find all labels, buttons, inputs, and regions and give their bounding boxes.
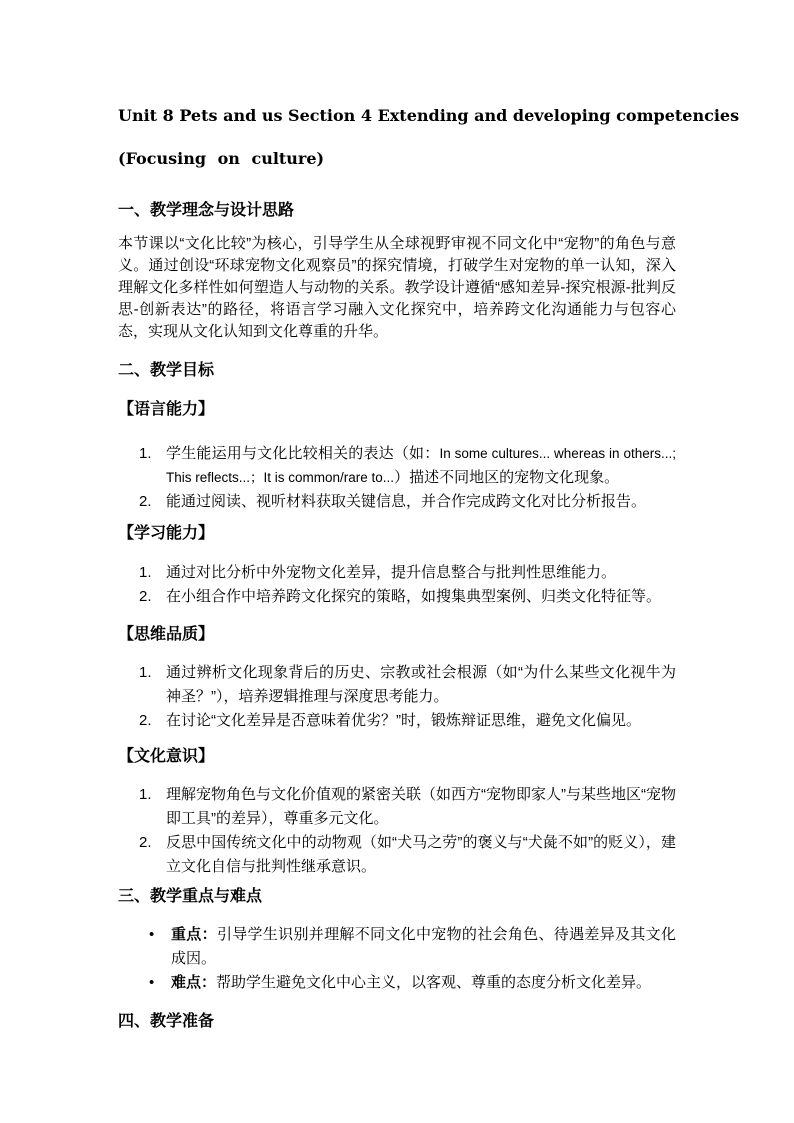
- subsection-cultural-awareness: 【文化意识】 1. 理解宠物角色与文化价值观的紧密关联（如西方“宠物即家人”与某…: [118, 746, 676, 879]
- section-2-heading: 二、教学目标: [118, 360, 676, 381]
- list-item: 2. 能通过阅读、视听材料获取关键信息，并合作完成跨文化对比分析报告。: [118, 490, 676, 514]
- bullet-text: 难点：帮助学生避免文化中心主义，以客观、尊重的态度分析文化差异。: [171, 971, 676, 995]
- list-item-number: 1.: [139, 783, 166, 831]
- list-item-number: 1.: [139, 561, 166, 585]
- list-item-text: 学生能运用与文化比较相关的表达（如：In some cultures... wh…: [166, 442, 676, 490]
- bullet-item: • 难点：帮助学生避免文化中心主义，以客观、尊重的态度分析文化差异。: [118, 971, 676, 995]
- list-item-text: 能通过阅读、视听材料获取关键信息，并合作完成跨文化对比分析报告。: [166, 490, 676, 514]
- learning-ability-heading: 【学习能力】: [118, 523, 676, 544]
- list-item-number: 1.: [139, 661, 166, 709]
- list-item-number: 2.: [139, 490, 166, 514]
- list-item-number: 1.: [139, 442, 166, 490]
- list-item-number: 2.: [139, 831, 166, 879]
- list-item: 1. 通过对比分析中外宠物文化差异，提升信息整合与批判性思维能力。: [118, 561, 676, 585]
- section-1-heading: 一、教学理念与设计思路: [118, 200, 676, 221]
- bullet-icon: •: [149, 923, 171, 971]
- list-item: 1. 理解宠物角色与文化价值观的紧密关联（如西方“宠物即家人”与某些地区“宠物即…: [118, 783, 676, 831]
- list-item-text: 在讨论“文化差异是否意味着优劣？”时，锻炼辩证思维，避免文化偏见。: [166, 709, 676, 733]
- subsection-learning-ability: 【学习能力】 1. 通过对比分析中外宠物文化差异，提升信息整合与批判性思维能力。…: [118, 523, 676, 609]
- list-item-text: 通过对比分析中外宠物文化差异，提升信息整合与批判性思维能力。: [166, 561, 676, 585]
- cultural-awareness-list: 1. 理解宠物角色与文化价值观的紧密关联（如西方“宠物即家人”与某些地区“宠物即…: [118, 783, 676, 879]
- list-item-text-zh-after: ）描述不同地区的宠物文化现象。: [394, 469, 619, 486]
- list-item-text: 理解宠物角色与文化价值观的紧密关联（如西方“宠物即家人”与某些地区“宠物即工具”…: [166, 783, 676, 831]
- doc-subtitle: (Focusing on culture): [118, 148, 676, 169]
- doc-title: Unit 8 Pets and us Section 4 Extending a…: [118, 105, 676, 126]
- section-4-heading: 四、教学准备: [118, 1011, 676, 1032]
- learning-ability-list: 1. 通过对比分析中外宠物文化差异，提升信息整合与批判性思维能力。 2. 在小组…: [118, 561, 676, 609]
- thinking-quality-list: 1. 通过辨析文化现象背后的历史、宗教或社会根源（如“为什么某些文化视牛为神圣？…: [118, 661, 676, 733]
- subsection-language-ability: 【语言能力】 1. 学生能运用与文化比较相关的表达（如：In some cult…: [118, 399, 676, 514]
- document-page: Unit 8 Pets and us Section 4 Extending a…: [0, 0, 794, 1123]
- language-ability-list: 1. 学生能运用与文化比较相关的表达（如：In some cultures...…: [118, 442, 676, 514]
- list-item: 1. 通过辨析文化现象背后的历史、宗教或社会根源（如“为什么某些文化视牛为神圣？…: [118, 661, 676, 709]
- list-item: 1. 学生能运用与文化比较相关的表达（如：In some cultures...…: [118, 442, 676, 490]
- cultural-awareness-heading: 【文化意识】: [118, 746, 676, 767]
- list-item: 2. 在小组合作中培养跨文化探究的策略，如搜集典型案例、归类文化特征等。: [118, 585, 676, 609]
- list-item-number: 2.: [139, 709, 166, 733]
- bullet-body-text: 帮助学生避免文化中心主义，以客观、尊重的态度分析文化差异。: [216, 974, 651, 991]
- list-item-text: 在小组合作中培养跨文化探究的策略，如搜集典型案例、归类文化特征等。: [166, 585, 676, 609]
- list-item: 2. 反思中国传统文化中的动物观（如“犬马之劳”的褒义与“犬彘不如”的贬义），建…: [118, 831, 676, 879]
- key-points-list: • 重点：引导学生识别并理解不同文化中宠物的社会角色、待遇差异及其文化成因。 •…: [118, 923, 676, 995]
- thinking-quality-heading: 【思维品质】: [118, 624, 676, 645]
- bullet-icon: •: [149, 971, 171, 995]
- list-item-text: 通过辨析文化现象背后的历史、宗教或社会根源（如“为什么某些文化视牛为神圣？”），…: [166, 661, 676, 709]
- section-1-paragraph: 本节课以“文化比较”为核心，引导学生从全球视野审视不同文化中“宠物”的角色与意义…: [118, 233, 676, 343]
- list-item-text: 反思中国传统文化中的动物观（如“犬马之劳”的褒义与“犬彘不如”的贬义），建立文化…: [166, 831, 676, 879]
- bullet-label: 难点：: [171, 974, 216, 991]
- subsection-thinking-quality: 【思维品质】 1. 通过辨析文化现象背后的历史、宗教或社会根源（如“为什么某些文…: [118, 624, 676, 733]
- bullet-body-text: 引导学生识别并理解不同文化中宠物的社会角色、待遇差异及其文化成因。: [171, 926, 676, 967]
- language-ability-heading: 【语言能力】: [118, 399, 676, 420]
- bullet-label: 重点：: [171, 926, 217, 943]
- list-item: 2. 在讨论“文化差异是否意味着优劣？”时，锻炼辩证思维，避免文化偏见。: [118, 709, 676, 733]
- section-3-heading: 三、教学重点与难点: [118, 886, 676, 907]
- bullet-text: 重点：引导学生识别并理解不同文化中宠物的社会角色、待遇差异及其文化成因。: [171, 923, 676, 971]
- bullet-item: • 重点：引导学生识别并理解不同文化中宠物的社会角色、待遇差异及其文化成因。: [118, 923, 676, 971]
- list-item-text-zh-before: 学生能运用与文化比较相关的表达（如：: [166, 445, 439, 462]
- list-item-number: 2.: [139, 585, 166, 609]
